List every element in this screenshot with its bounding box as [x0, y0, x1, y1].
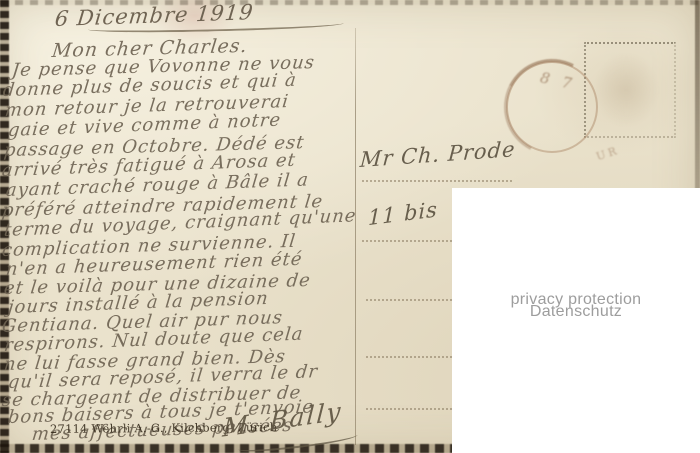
address-dotted-line: [362, 240, 452, 242]
address-dotted-line: [366, 299, 452, 301]
card-bottom-edge: [0, 444, 456, 453]
privacy-line-2: Datenschutz: [452, 306, 700, 318]
card-right-edge: [695, 0, 700, 192]
address-dotted-line: [366, 356, 452, 358]
privacy-overlay-text: privacy protection Datenschutz: [452, 294, 700, 318]
address-number: 11 bis: [368, 197, 438, 230]
address-name: Mr Ch. Prode: [359, 137, 516, 172]
postmark-arc-text: UR: [595, 144, 621, 164]
center-divider-line: [355, 28, 356, 445]
address-dotted-line: [362, 180, 512, 182]
address-dotted-line: [366, 408, 452, 410]
stamp-box: [584, 42, 676, 138]
privacy-redaction-block: privacy protection Datenschutz: [452, 188, 700, 453]
postcard-scan: 6 Dicembre 1919 Mon cher Charles. Je pen…: [0, 0, 700, 453]
